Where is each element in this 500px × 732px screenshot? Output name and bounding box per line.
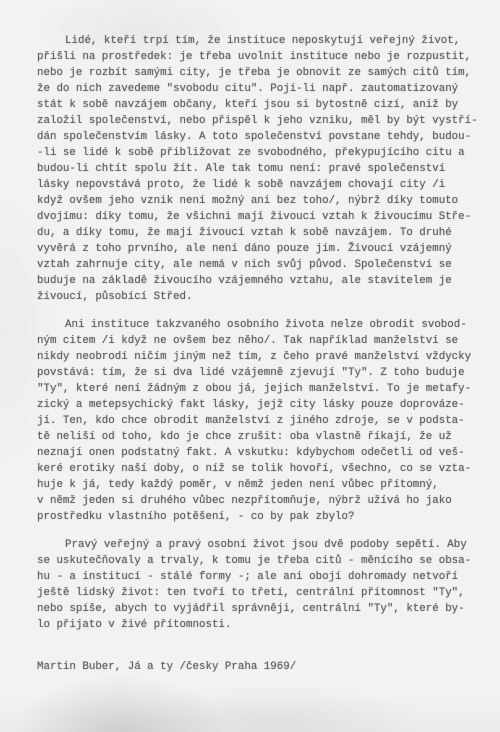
paragraph: Pravý veřejný a pravý osobní život jsou … [37, 537, 473, 633]
text-line: ještě lidský život: ten tvoří to třetí, … [37, 585, 473, 601]
text-line: du, a díky tomu, že mají živoucí vztah k… [37, 225, 473, 241]
text-line: keré erotiky naší doby, o níž se tolik h… [37, 461, 473, 477]
text-line: Lidé, kteří trpí tím, že instituce nepos… [37, 33, 473, 49]
text-line: Pravý veřejný a pravý osobní život jsou … [37, 537, 473, 553]
text-line: nikdy neobrodí ničím jiným než tím, z če… [37, 349, 473, 365]
text-line: že do nich zavedeme "svobodu citu". Pojí… [37, 81, 473, 97]
scanned-document-page: Lidé, kteří trpí tím, že instituce nepos… [0, 0, 500, 732]
text-line: tě neliší od toho, kdo je chce zrušit: o… [37, 429, 473, 445]
text-line: "Ty", které není žádným z obou já, jejic… [37, 381, 473, 397]
paragraph: Ani instituce takzvaného osobního života… [37, 317, 473, 525]
text-line: v němž jeden si druhého vůbec nezpřítomň… [37, 493, 473, 509]
text-line: povstává: tím, že si dva lidé vzájemně z… [37, 365, 473, 381]
text-line: založil společenství, nebo přispěl k jeh… [37, 113, 473, 129]
text-line: prostředku vlastního potěšení, - co by p… [37, 509, 473, 525]
text-line: jí. Ten, kdo chce obrodit manželství z j… [37, 413, 473, 429]
text-line: stát k sobě navzájem občany, kteří jsou … [37, 97, 473, 113]
text-line: budou-li chtít spolu žít. Ale tak tomu n… [37, 161, 473, 177]
document-body: Lidé, kteří trpí tím, že instituce nepos… [37, 33, 473, 633]
text-line: Ani instituce takzvaného osobního života… [37, 317, 473, 333]
text-line: lásky nepovstává proto, že lidé k sobě n… [37, 177, 473, 193]
text-line: buduje na základě živoucího vzájemného v… [37, 273, 473, 289]
text-line: dvojímu: díky tomu, že všichni mají živo… [37, 209, 473, 225]
text-line: dán společenstvím lásky. A toto společen… [37, 129, 473, 145]
text-line: neznají onen podstatný fakt. A vskutku: … [37, 445, 473, 461]
text-line: vyvěrá z toho prvního, ale není dáno pou… [37, 241, 473, 257]
text-line: vztah zahrnuje city, ale nemá v nich svů… [37, 257, 473, 273]
text-line: přišli na prostředek: je třeba uvolnit i… [37, 49, 473, 65]
text-line: když ovšem jeho vznik není možný ani bez… [37, 193, 473, 209]
text-line: -li se lidé k sobě přibližovat ze svobod… [37, 145, 473, 161]
text-line: ným citem /i když ne ovšem bez něho/. Ta… [37, 333, 473, 349]
text-line: lo přijato v živé přítomnosti. [37, 617, 473, 633]
text-line: huje k já, tedy každý poměr, v němž jede… [37, 477, 473, 493]
text-line: hu - a institucí - stálé formy -; ale an… [37, 569, 473, 585]
text-line: zický a metepsychický fakt lásky, jejž c… [37, 397, 473, 413]
text-line: nebo je rozbít samými city, je třeba je … [37, 65, 473, 81]
text-line: živoucí, působící Střed. [37, 289, 473, 305]
attribution-line: Martin Buber, Já a ty /česky Praha 1969/ [37, 659, 296, 675]
paragraph: Lidé, kteří trpí tím, že instituce nepos… [37, 33, 473, 305]
text-line: se uskutečňovaly a trvaly, k tomu je tře… [37, 553, 473, 569]
text-line: nebo spíše, abych to vyjádřil správněji,… [37, 601, 473, 617]
